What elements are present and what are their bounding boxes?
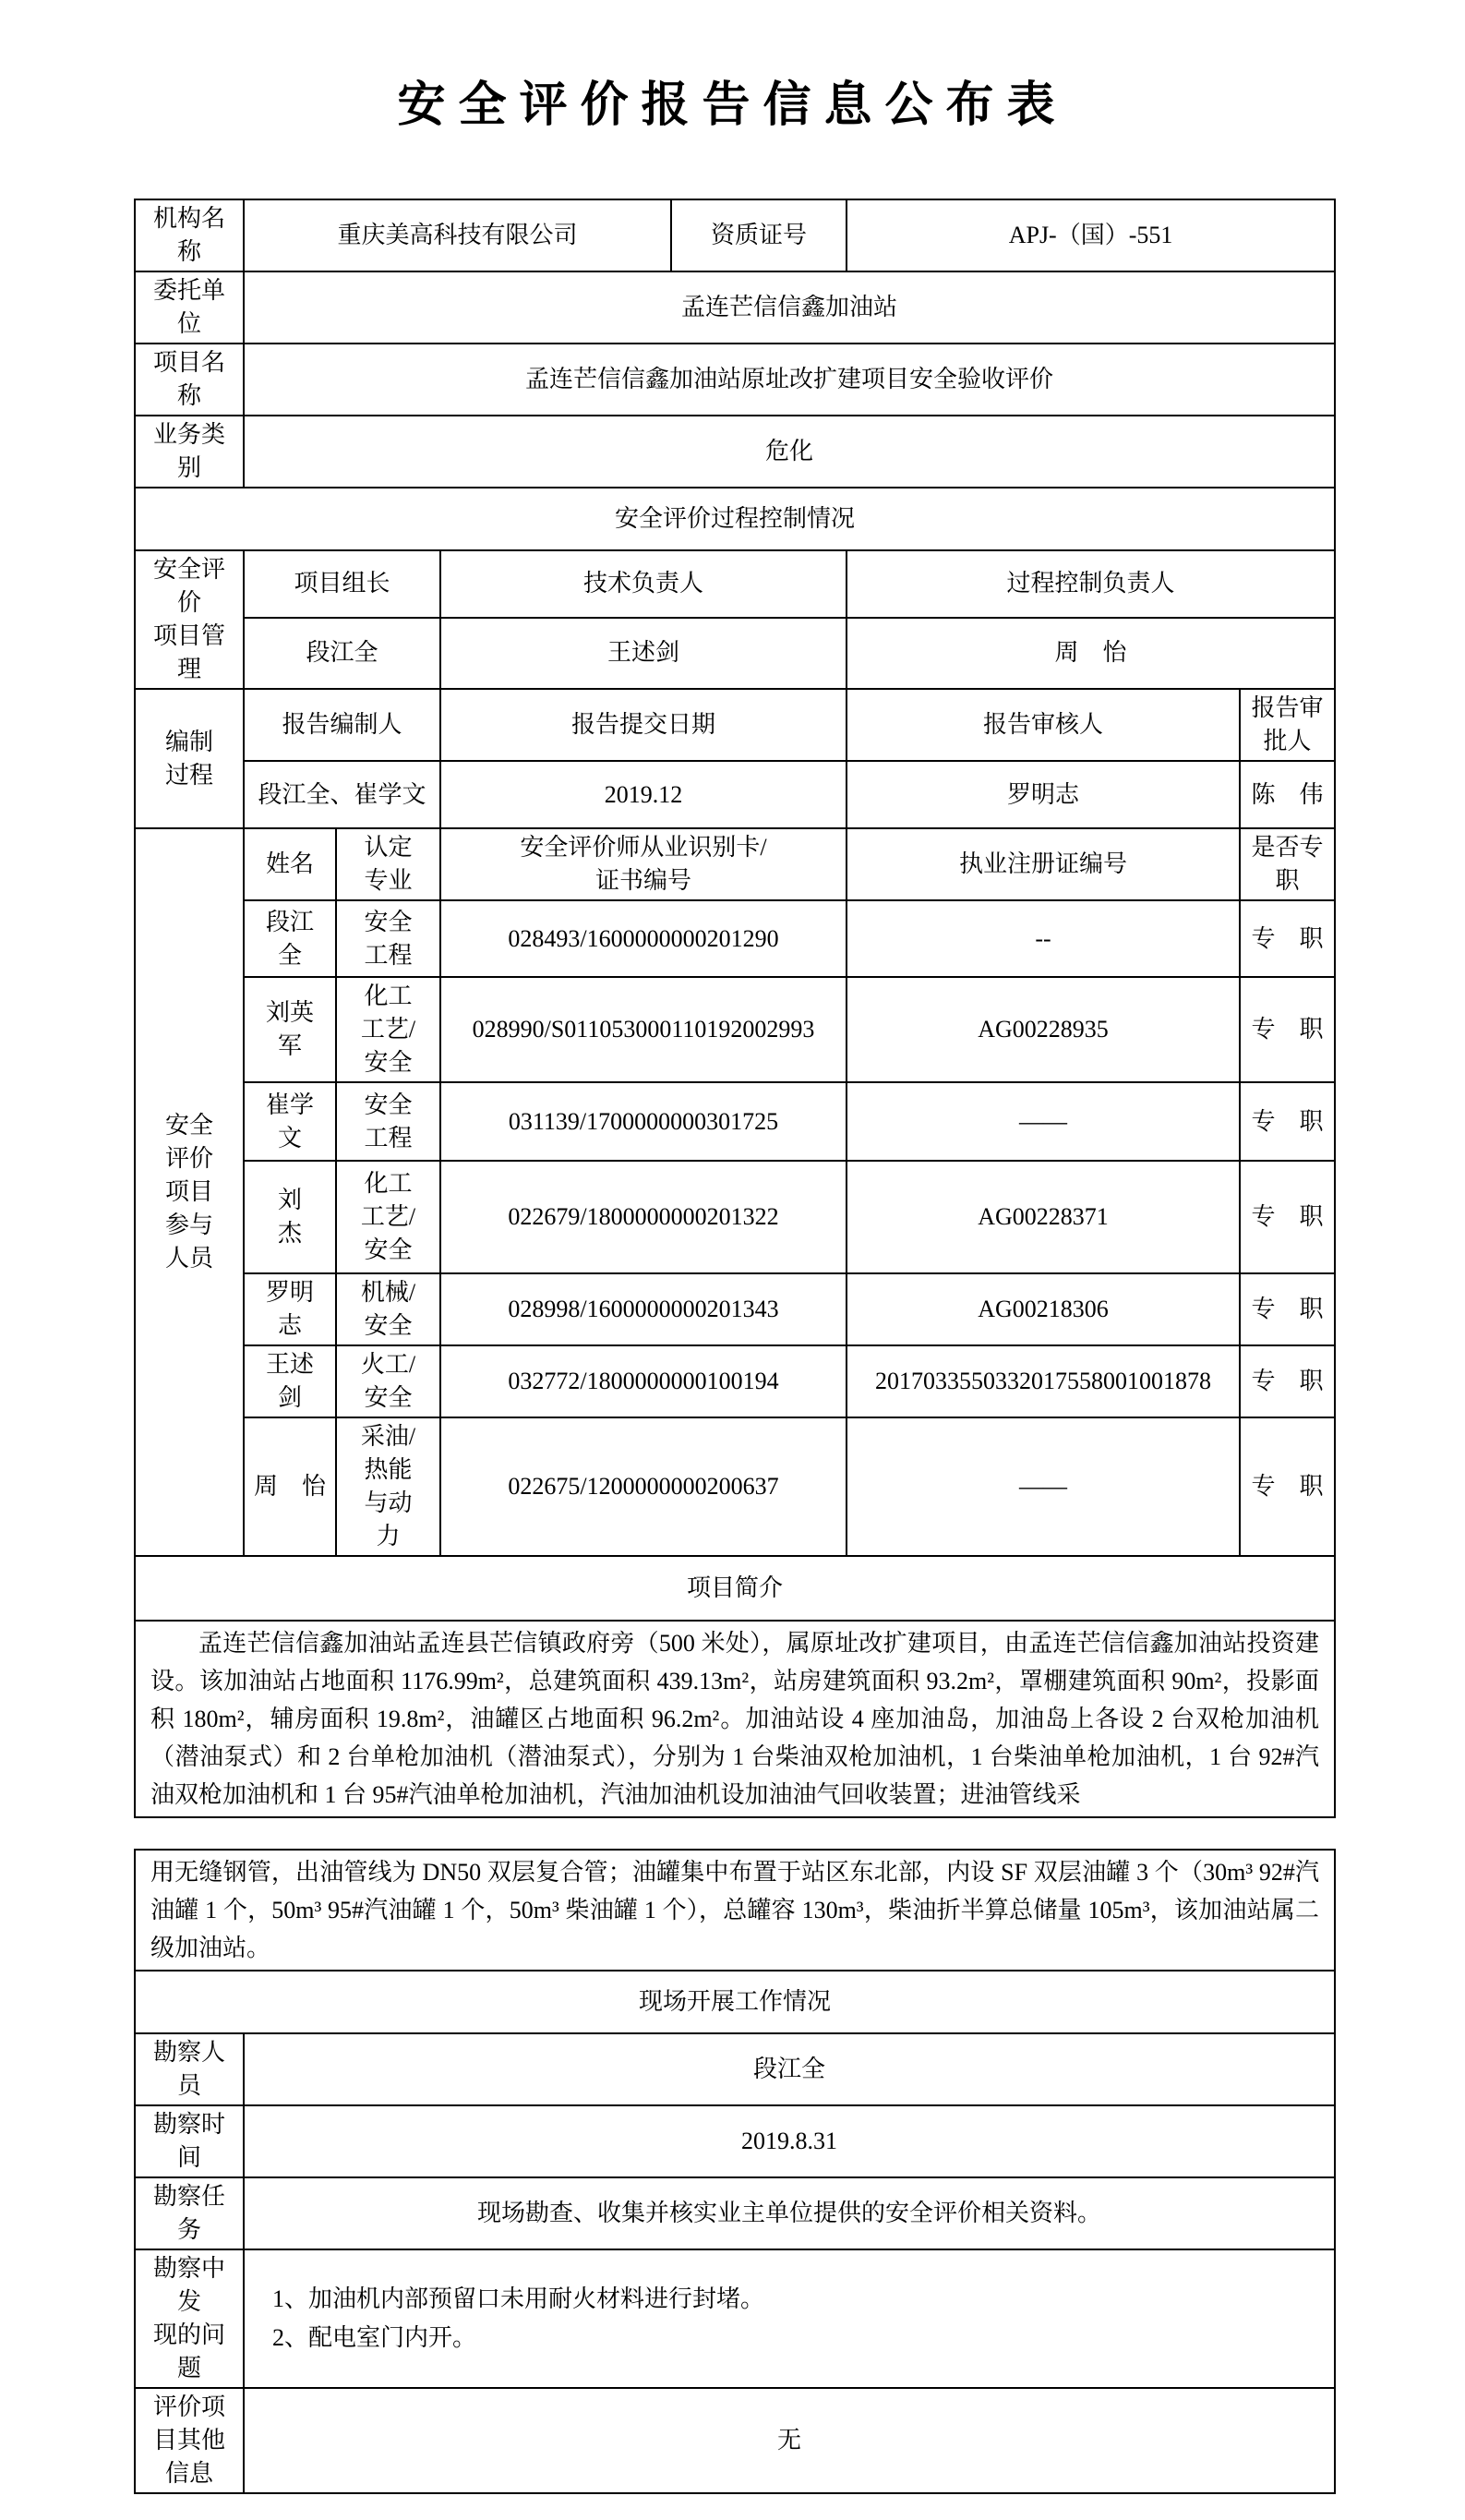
- tech-lead-header: 技术负责人: [440, 550, 847, 617]
- participant-name: 王述 剑: [244, 1345, 336, 1417]
- project-name-row: 项目名 称 孟连芒信信鑫加油站原址改扩建项目安全验收评价: [135, 344, 1335, 416]
- participant-row: 刘英 军 化工 工艺/ 安全 028990/S01105300011019200…: [135, 977, 1335, 1082]
- survey-task-label: 勘察任 务: [135, 2177, 244, 2249]
- participant-name: 刘英 军: [244, 977, 336, 1082]
- participant-cert: 022675/1200000000200637: [440, 1417, 847, 1556]
- major-header: 认定 专业: [336, 828, 440, 900]
- participant-major: 机械/ 安全: [336, 1273, 440, 1345]
- client-value: 孟连芒信信鑫加油站: [244, 271, 1335, 344]
- client-label: 委托单 位: [135, 271, 244, 344]
- survey-task-row: 勘察任 务 现场勘查、收集并核实业主单位提供的安全评价相关资料。: [135, 2177, 1335, 2249]
- process-lead-header: 过程控制负责人: [847, 550, 1335, 617]
- participant-major: 安全 工程: [336, 900, 440, 977]
- survey-time-label: 勘察时 间: [135, 2105, 244, 2177]
- process-control-header: 安全评价过程控制情况: [135, 488, 1335, 550]
- participant-name: 罗明 志: [244, 1273, 336, 1345]
- org-row: 机构名 称 重庆美高科技有限公司 资质证号 APJ-（国）-551: [135, 199, 1335, 271]
- qualification-no-value: APJ-（国）-551: [847, 199, 1335, 271]
- participant-cert: 031139/1700000000301725: [440, 1082, 847, 1161]
- participant-cert: 032772/1800000000100194: [440, 1345, 847, 1417]
- process-lead-value: 周 怡: [847, 618, 1335, 690]
- survey-task-value: 现场勘查、收集并核实业主单位提供的安全评价相关资料。: [244, 2177, 1335, 2249]
- participant-fulltime: 专 职: [1240, 900, 1335, 977]
- submit-date-header: 报告提交日期: [440, 689, 847, 761]
- survey-issues-row: 勘察中 发 现的问 题 1、加油机内部预留口未用耐火材料进行封堵。 2、配电室门…: [135, 2249, 1335, 2388]
- intro-paragraph-2: 用无缝钢管，出油管线为 DN50 双层复合管；油罐集中布置于站区东北部，内设 S…: [135, 1850, 1335, 1971]
- other-info-row: 评价项 目其他 信息 无: [135, 2388, 1335, 2493]
- management-label: 安全评 价 项目管 理: [135, 550, 244, 689]
- participant-major: 火工/ 安全: [336, 1345, 440, 1417]
- participant-cert: 028990/S011053000110192002993: [440, 977, 847, 1082]
- survey-issues-value: 1、加油机内部预留口未用耐火材料进行封堵。 2、配电室门内开。: [244, 2249, 1335, 2388]
- org-name-label: 机构名 称: [135, 199, 244, 271]
- participant-reg: AG00228371: [847, 1161, 1240, 1273]
- qualification-no-label: 资质证号: [671, 199, 847, 271]
- survey-time-row: 勘察时 间 2019.8.31: [135, 2105, 1335, 2177]
- participant-row: 周 怡 采油/ 热能 与动 力 022675/1200000000200637 …: [135, 1417, 1335, 1556]
- tech-lead-value: 王述剑: [440, 618, 847, 690]
- participant-fulltime: 专 职: [1240, 977, 1335, 1082]
- participant-name: 周 怡: [244, 1417, 336, 1556]
- participant-cert: 022679/1800000000201322: [440, 1161, 847, 1273]
- participant-row: 罗明 志 机械/ 安全 028998/1600000000201343 AG00…: [135, 1273, 1335, 1345]
- cert-no-header: 安全评价师从业识别卡/ 证书编号: [440, 828, 847, 900]
- business-type-value: 危化: [244, 416, 1335, 488]
- survey-time-value: 2019.8.31: [244, 2105, 1335, 2177]
- submit-date-value: 2019.12: [440, 761, 847, 828]
- participant-cert: 028998/1600000000201343: [440, 1273, 847, 1345]
- reviewer-header: 报告审核人: [847, 689, 1240, 761]
- participant-fulltime: 专 职: [1240, 1161, 1335, 1273]
- compiler-value: 段江全、崔学文: [244, 761, 440, 828]
- client-row: 委托单 位 孟连芒信信鑫加油站: [135, 271, 1335, 344]
- compilation-header-row: 编制 过程 报告编制人 报告提交日期 报告审核人 报告审 批人: [135, 689, 1335, 761]
- participant-name: 崔学 文: [244, 1082, 336, 1161]
- intro-header-row: 项目简介: [135, 1556, 1335, 1621]
- participant-fulltime: 专 职: [1240, 1082, 1335, 1161]
- participant-row: 刘 杰 化工 工艺/ 安全 022679/1800000000201322 AG…: [135, 1161, 1335, 1273]
- reg-no-header: 执业注册证编号: [847, 828, 1240, 900]
- site-work-header-row: 现场开展工作情况: [135, 1971, 1335, 2033]
- participant-reg: ——: [847, 1417, 1240, 1556]
- reviewer-value: 罗明志: [847, 761, 1240, 828]
- other-info-label: 评价项 目其他 信息: [135, 2388, 244, 2493]
- participant-fulltime: 专 职: [1240, 1273, 1335, 1345]
- participants-header-row: 安全 评价 项目 参与 人员 姓名 认定 专业 安全评价师从业识别卡/ 证书编号…: [135, 828, 1335, 900]
- business-type-label: 业务类 别: [135, 416, 244, 488]
- project-name-label: 项目名 称: [135, 344, 244, 416]
- participant-major: 化工 工艺/ 安全: [336, 1161, 440, 1273]
- main-table: 机构名 称 重庆美高科技有限公司 资质证号 APJ-（国）-551 委托单 位 …: [134, 199, 1336, 1818]
- participant-row: 段江 全 安全 工程 028493/1600000000201290 -- 专 …: [135, 900, 1335, 977]
- page-title: 安全评价报告信息公布表: [0, 0, 1465, 132]
- compilation-value-row: 段江全、崔学文 2019.12 罗明志 陈 伟: [135, 761, 1335, 828]
- participants-label: 安全 评价 项目 参与 人员: [135, 828, 244, 1556]
- survey-issues-label: 勘察中 发 现的问 题: [135, 2249, 244, 2388]
- name-header: 姓名: [244, 828, 336, 900]
- intro-header: 项目简介: [135, 1556, 1335, 1621]
- participant-reg: AG00218306: [847, 1273, 1240, 1345]
- project-leader-header: 项目组长: [244, 550, 440, 617]
- document-page: 安全评价报告信息公布表 机构名 称 重庆美高科技有限公司 资质证号 APJ-（国…: [0, 0, 1465, 2520]
- fulltime-header: 是否专 职: [1240, 828, 1335, 900]
- participant-major: 采油/ 热能 与动 力: [336, 1417, 440, 1556]
- intro-paragraph-1: 孟连芒信信鑫加油站孟连县芒信镇政府旁（500 米处），属原址改扩建项目，由孟连芒…: [135, 1621, 1335, 1817]
- management-value-row: 段江全 王述剑 周 怡: [135, 618, 1335, 690]
- compiler-header: 报告编制人: [244, 689, 440, 761]
- project-leader-value: 段江全: [244, 618, 440, 690]
- business-type-row: 业务类 别 危化: [135, 416, 1335, 488]
- participant-reg: ——: [847, 1082, 1240, 1161]
- participant-major: 化工 工艺/ 安全: [336, 977, 440, 1082]
- project-name-value: 孟连芒信信鑫加油站原址改扩建项目安全验收评价: [244, 344, 1335, 416]
- participant-reg: --: [847, 900, 1240, 977]
- management-header-row: 安全评 价 项目管 理 项目组长 技术负责人 过程控制负责人: [135, 550, 1335, 617]
- participant-row: 王述 剑 火工/ 安全 032772/1800000000100194 2017…: [135, 1345, 1335, 1417]
- intro-continuation-row: 用无缝钢管，出油管线为 DN50 双层复合管；油罐集中布置于站区东北部，内设 S…: [135, 1850, 1335, 1971]
- participant-cert: 028493/1600000000201290: [440, 900, 847, 977]
- participant-major: 安全 工程: [336, 1082, 440, 1161]
- survey-staff-row: 勘察人 员 段江全: [135, 2033, 1335, 2105]
- compilation-label: 编制 过程: [135, 689, 244, 828]
- site-work-header: 现场开展工作情况: [135, 1971, 1335, 2033]
- participant-reg: AG00228935: [847, 977, 1240, 1082]
- continuation-table: 用无缝钢管，出油管线为 DN50 双层复合管；油罐集中布置于站区东北部，内设 S…: [134, 1849, 1336, 2494]
- participant-name: 刘 杰: [244, 1161, 336, 1273]
- participant-reg: 2017033550332017558001001878: [847, 1345, 1240, 1417]
- survey-staff-value: 段江全: [244, 2033, 1335, 2105]
- org-name-value: 重庆美高科技有限公司: [244, 199, 671, 271]
- process-control-header-row: 安全评价过程控制情况: [135, 488, 1335, 550]
- participant-fulltime: 专 职: [1240, 1345, 1335, 1417]
- intro-paragraph-row: 孟连芒信信鑫加油站孟连县芒信镇政府旁（500 米处），属原址改扩建项目，由孟连芒…: [135, 1621, 1335, 1817]
- other-info-value: 无: [244, 2388, 1335, 2493]
- survey-staff-label: 勘察人 员: [135, 2033, 244, 2105]
- participant-name: 段江 全: [244, 900, 336, 977]
- approver-value: 陈 伟: [1240, 761, 1335, 828]
- approver-header: 报告审 批人: [1240, 689, 1335, 761]
- participant-row: 崔学 文 安全 工程 031139/1700000000301725 —— 专 …: [135, 1082, 1335, 1161]
- participant-fulltime: 专 职: [1240, 1417, 1335, 1556]
